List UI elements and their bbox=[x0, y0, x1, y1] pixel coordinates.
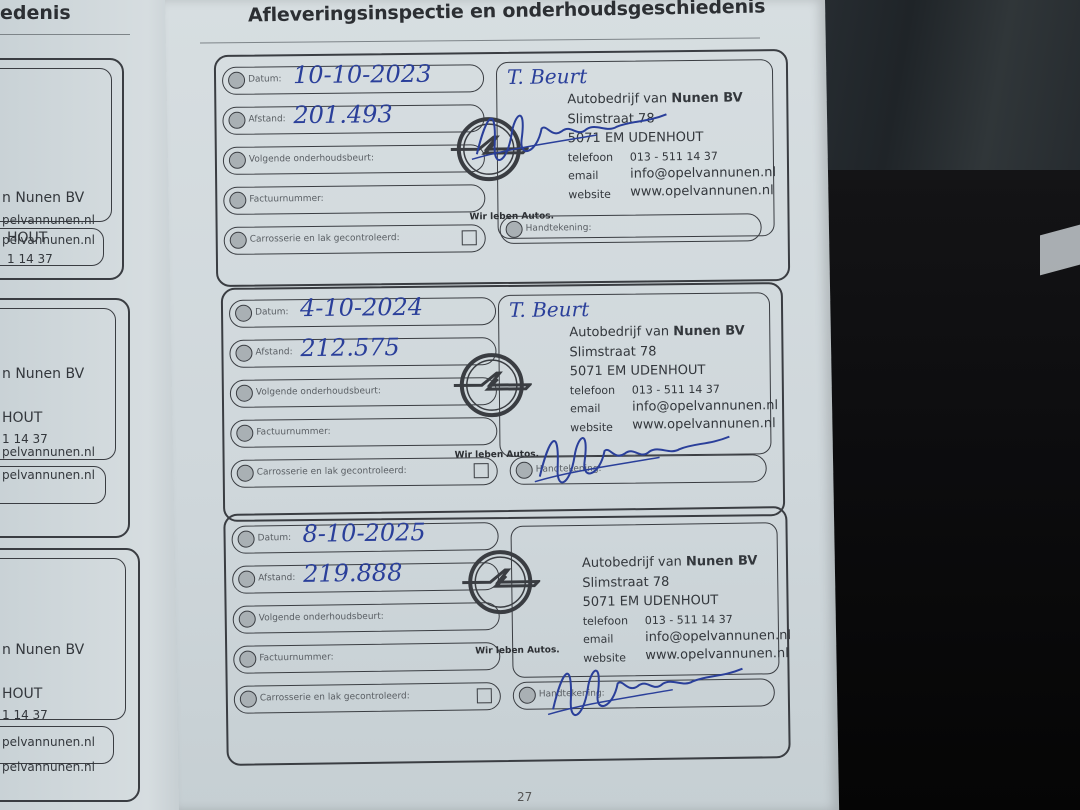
distance-radio[interactable] bbox=[238, 571, 255, 588]
distance-radio[interactable] bbox=[228, 112, 245, 129]
body-check-field[interactable]: Carrosserie en lak gecontroleerd: bbox=[231, 457, 498, 488]
signature-radio[interactable] bbox=[506, 221, 523, 238]
dealer-website: www.opelvannunen.nl bbox=[630, 183, 774, 200]
date-field[interactable]: Datum: 10-10-2023 bbox=[222, 64, 484, 95]
service-note: T. Beurt bbox=[507, 64, 587, 89]
dealer-website-label: website bbox=[568, 188, 611, 201]
left-city-2: HOUT bbox=[2, 410, 42, 426]
left-city-3: HOUT bbox=[2, 686, 42, 702]
service-entry-card-3: Datum: 8-10-2025 Afstand: 219.888 Volgen… bbox=[223, 506, 790, 766]
dealer-email: info@opelvannunen.nl bbox=[645, 628, 791, 645]
invoice-radio[interactable] bbox=[229, 192, 246, 209]
body-check-checkbox[interactable] bbox=[474, 463, 489, 478]
service-entry-card-1: Datum: 10-10-2023 Afstand: 201.493 Volge… bbox=[214, 49, 790, 287]
body-check-label: Carrosserie en lak gecontroleerd: bbox=[250, 233, 400, 245]
distance-label: Afstand: bbox=[248, 114, 285, 124]
body-check-label: Carrosserie en lak gecontroleerd: bbox=[257, 466, 407, 478]
next-service-label: Volgende onderhoudsbeurt: bbox=[249, 153, 374, 164]
left-phone-3: 1 14 37 bbox=[2, 708, 48, 722]
invoice-field[interactable]: Factuurnummer: bbox=[223, 184, 485, 215]
distance-field[interactable]: Afstand: 201.493 bbox=[222, 104, 484, 135]
next-service-radio[interactable] bbox=[236, 385, 253, 402]
invoice-radio[interactable] bbox=[239, 651, 256, 668]
next-service-radio[interactable] bbox=[239, 611, 256, 628]
left-service-card-2: n Nunen BV HOUT 1 14 37 bbox=[0, 298, 130, 538]
dealer-phone-label: telefoon bbox=[570, 384, 615, 397]
service-note: T. Beurt bbox=[509, 297, 589, 322]
body-check-radio[interactable] bbox=[230, 232, 247, 249]
dealer-email-label: email bbox=[583, 633, 614, 646]
distance-radio[interactable] bbox=[235, 345, 252, 362]
body-check-field[interactable]: Carrosserie en lak gecontroleerd: bbox=[234, 682, 501, 714]
next-service-label: Volgende onderhoudsbeurt: bbox=[259, 612, 384, 624]
date-radio[interactable] bbox=[235, 305, 252, 322]
date-radio[interactable] bbox=[238, 531, 255, 548]
dealer-phone: 013 - 511 14 37 bbox=[632, 383, 720, 397]
body-check-label: Carrosserie en lak gecontroleerd: bbox=[260, 691, 410, 703]
dealer-name: Autobedrijf van Nunen BV bbox=[569, 323, 745, 340]
left-dealer-name-3: n Nunen BV bbox=[2, 642, 84, 658]
service-entry-card-2: Datum: 4-10-2024 Afstand: 212.575 Volgen… bbox=[221, 282, 785, 522]
invoice-label: Factuurnummer: bbox=[259, 652, 333, 663]
distance-label: Afstand: bbox=[258, 573, 295, 584]
distance-value: 212.575 bbox=[300, 333, 400, 362]
dealer-street: Slimstraat 78 bbox=[569, 344, 656, 360]
left-web-2: pelvannunen.nl bbox=[2, 468, 95, 482]
left-web-1: pelvannunen.nl bbox=[2, 233, 95, 247]
date-radio[interactable] bbox=[228, 72, 245, 89]
invoice-radio[interactable] bbox=[236, 425, 253, 442]
dealer-email-label: email bbox=[570, 402, 600, 415]
invoice-label: Factuurnummer: bbox=[256, 427, 330, 438]
left-page: edenis n Nunen BV HOUT 1 14 37 pelvannun… bbox=[0, 0, 185, 810]
body-check-checkbox[interactable] bbox=[462, 230, 477, 245]
dealer-street: Slimstraat 78 bbox=[582, 575, 669, 591]
next-service-radio[interactable] bbox=[229, 152, 246, 169]
opel-logo-icon bbox=[451, 345, 532, 426]
distance-value: 219.888 bbox=[303, 558, 403, 587]
dealer-email: info@opelvannunen.nl bbox=[632, 398, 778, 415]
distance-label: Afstand: bbox=[255, 347, 292, 357]
handwritten-signature bbox=[542, 646, 763, 729]
left-page-title: edenis bbox=[0, 2, 71, 24]
dealer-city: 5071 EM UDENHOUT bbox=[570, 363, 706, 379]
next-service-field[interactable]: Volgende onderhoudsbeurt: bbox=[223, 144, 485, 175]
signature-field[interactable]: Handtekening: bbox=[500, 213, 762, 244]
date-label: Datum: bbox=[258, 533, 292, 543]
date-value: 4-10-2024 bbox=[300, 293, 423, 322]
left-dealer-name-1: n Nunen BV bbox=[2, 190, 84, 206]
invoice-field[interactable]: Factuurnummer: bbox=[233, 642, 500, 674]
left-web-3: pelvannunen.nl bbox=[2, 760, 95, 774]
left-phone-2: 1 14 37 bbox=[2, 432, 48, 446]
invoice-label: Factuurnummer: bbox=[249, 194, 323, 205]
date-label: Datum: bbox=[248, 74, 282, 84]
date-value: 8-10-2025 bbox=[302, 518, 425, 548]
date-field[interactable]: Datum: 4-10-2024 bbox=[229, 297, 496, 328]
body-check-field[interactable]: Carrosserie en lak gecontroleerd: bbox=[224, 224, 486, 255]
signature-radio[interactable] bbox=[519, 687, 536, 704]
body-check-radio[interactable] bbox=[240, 690, 257, 707]
handwritten-signature bbox=[529, 414, 750, 496]
left-email-3: pelvannunen.nl bbox=[2, 735, 95, 749]
body-check-checkbox[interactable] bbox=[477, 688, 492, 703]
distance-value: 201.493 bbox=[293, 100, 393, 129]
next-service-label: Volgende onderhoudsbeurt: bbox=[256, 386, 381, 397]
date-field[interactable]: Datum: 8-10-2025 bbox=[231, 522, 498, 554]
page-number: 27 bbox=[517, 790, 532, 804]
date-value: 10-10-2023 bbox=[293, 60, 432, 89]
left-email-1: pelvannunen.nl bbox=[2, 213, 95, 227]
dealer-phone: 013 - 511 14 37 bbox=[645, 613, 733, 627]
opel-logo-icon bbox=[460, 542, 541, 623]
left-phone-1: 1 14 37 bbox=[7, 252, 53, 266]
left-email-2: pelvannunen.nl bbox=[2, 445, 95, 459]
signature-label: Handtekening: bbox=[526, 223, 592, 234]
body-check-radio[interactable] bbox=[237, 465, 254, 482]
handwritten-signature bbox=[466, 92, 687, 174]
date-label: Datum: bbox=[255, 307, 289, 317]
dealer-name: Autobedrijf van Nunen BV bbox=[582, 553, 758, 570]
dealer-city: 5071 EM UDENHOUT bbox=[582, 593, 718, 610]
dealer-phone-label: telefoon bbox=[583, 614, 628, 628]
left-dealer-name-2: n Nunen BV bbox=[2, 366, 84, 382]
left-page-rule bbox=[0, 34, 130, 35]
